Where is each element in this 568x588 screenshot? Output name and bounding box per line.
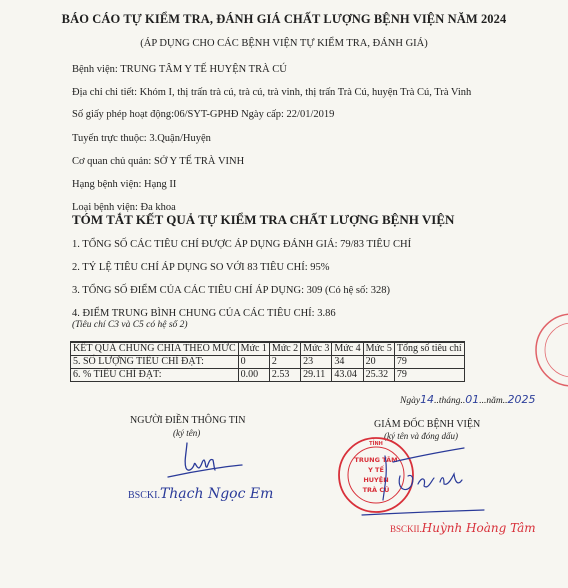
table-cell: 23	[301, 356, 332, 369]
stamp-line-3: HUYỆN	[363, 475, 388, 484]
table-header: Mức 5	[363, 342, 394, 356]
date-prefix: Ngày	[400, 396, 420, 406]
results-table: KẾT QUẢ CHUNG CHIA THEO MỨC Mức 1 Mức 2 …	[70, 341, 465, 382]
preparer-subtitle: (ký tên)	[173, 428, 200, 438]
preparer-signature	[168, 443, 242, 477]
table-header-row: KẾT QUẢ CHUNG CHIA THEO MỨC Mức 1 Mức 2 …	[71, 342, 465, 356]
table-cell: 79	[394, 356, 464, 369]
summary-item-4: 4. ĐIỂM TRUNG BÌNH CHUNG CỦA CÁC TIÊU CH…	[72, 308, 336, 319]
date-month: 01	[465, 393, 479, 406]
preparer-prefix: BSCKI.	[128, 490, 160, 501]
director-signature	[362, 448, 484, 515]
table-header: Tổng số tiêu chí	[394, 342, 464, 356]
date-year-label: năm	[486, 396, 502, 406]
table-header: Mức 1	[238, 342, 269, 356]
signing-date: Ngày14..tháng..01...năm..2025	[400, 393, 535, 406]
director-title: GIÁM ĐỐC BỆNH VIỆN	[374, 419, 480, 430]
table-header: KẾT QUẢ CHUNG CHIA THEO MỨC	[71, 342, 239, 356]
table-cell: 43.04	[332, 369, 363, 382]
date-month-label: tháng	[439, 396, 461, 406]
stamp-line-4: TRÀ CÚ	[363, 485, 390, 494]
edge-stamp	[536, 314, 568, 386]
director-subtitle: (ký tên và đóng dấu)	[384, 431, 458, 441]
report-page: BÁO CÁO TỰ KIỂM TRA, ĐÁNH GIÁ CHẤT LƯỢNG…	[0, 0, 568, 588]
preparer-fullname: Thạch Ngọc Em	[160, 486, 273, 502]
table-row: 5. SỐ LƯỢNG TIÊU CHÍ ĐẠT: 0 2 23 34 20 7…	[71, 356, 465, 369]
hospital-rank: Hạng bệnh viện: Hạng II	[72, 179, 176, 190]
stamp-line-2: Y TẾ	[367, 464, 384, 474]
director-fullname: Huỳnh Hoàng Tâm	[422, 521, 536, 535]
table-cell: 2.53	[269, 369, 300, 382]
table-row: 6. % TIÊU CHÍ ĐẠT: 0.00 2.53 29.11 43.04…	[71, 369, 465, 382]
table-cell: 2	[269, 356, 300, 369]
preparer-title: NGƯỜI ĐIỀN THÔNG TIN	[130, 415, 245, 426]
hospital-stamp: TỈNH TRUNG TÂM Y TẾ HUYỆN TRÀ CÚ	[339, 438, 413, 512]
date-year: 2025	[507, 393, 535, 406]
table-cell: 0.00	[238, 369, 269, 382]
table-cell: 5. SỐ LƯỢNG TIÊU CHÍ ĐẠT:	[71, 356, 239, 369]
summary-item-3: 3. TỔNG SỐ ĐIỂM CỦA CÁC TIÊU CHÍ ÁP DỤNG…	[72, 285, 390, 296]
summary-item-2: 2. TỶ LỆ TIÊU CHÍ ÁP DỤNG SO VỚI 83 TIÊU…	[72, 262, 330, 273]
hospital-name: Bệnh viện: TRUNG TÂM Y TẾ HUYỆN TRÀ CÚ	[72, 64, 287, 75]
hospital-address: Địa chỉ chi tiết: Khóm I, thị trấn trà c…	[72, 87, 471, 98]
report-title: BÁO CÁO TỰ KIỂM TRA, ĐÁNH GIÁ CHẤT LƯỢNG…	[0, 12, 568, 27]
table-cell: 34	[332, 356, 363, 369]
table-cell: 0	[238, 356, 269, 369]
table-cell: 79	[394, 369, 464, 382]
hospital-level: Tuyến trực thuộc: 3.Quận/Huyện	[72, 133, 211, 144]
table-cell: 20	[363, 356, 394, 369]
preparer-name: BSCKI.Thạch Ngọc Em	[128, 485, 273, 503]
table-cell: 25.32	[363, 369, 394, 382]
coefficient-note: (Tiêu chí C3 và C5 có hệ số 2)	[72, 320, 188, 330]
managing-authority: Cơ quan chủ quản: SỞ Y TẾ TRÀ VINH	[72, 156, 244, 167]
table-cell: 6. % TIÊU CHÍ ĐẠT:	[71, 369, 239, 382]
table-cell: 29.11	[301, 369, 332, 382]
report-subtitle: (ÁP DỤNG CHO CÁC BỆNH VIỆN TỰ KIỂM TRA, …	[0, 38, 568, 49]
license-info: Số giấy phép hoạt động:06/SYT-GPHĐ Ngày …	[72, 109, 334, 120]
stamp-ring-text: TỈNH	[369, 439, 383, 447]
summary-title: TÓM TẮT KẾT QUẢ TỰ KIỂM TRA CHẤT LƯỢNG B…	[72, 212, 454, 228]
stamp-line-1: TRUNG TÂM	[354, 455, 397, 464]
director-prefix: BSCKII.	[390, 524, 422, 534]
table-header: Mức 2	[269, 342, 300, 356]
director-name: BSCKII.Huỳnh Hoàng Tâm	[390, 519, 536, 537]
table-header: Mức 4	[332, 342, 363, 356]
date-day: 14	[420, 393, 434, 406]
summary-item-1: 1. TỔNG SỐ CÁC TIÊU CHÍ ĐƯỢC ÁP DỤNG ĐÁN…	[72, 239, 411, 250]
table-header: Mức 3	[301, 342, 332, 356]
